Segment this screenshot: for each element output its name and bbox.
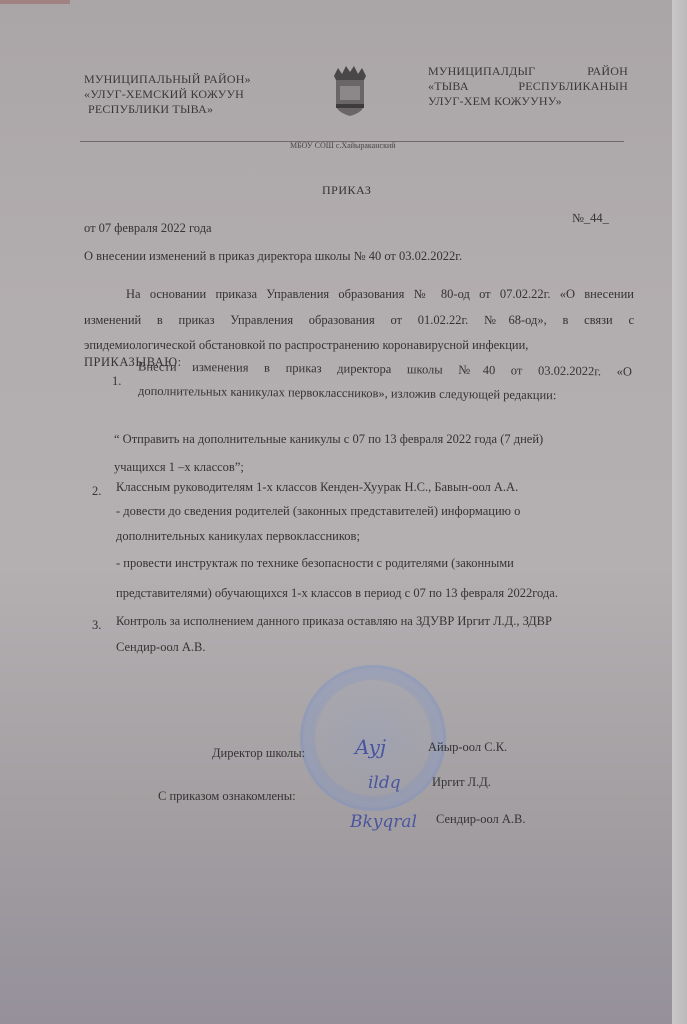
header-right: МУНИЦИПАЛДЫГ РАЙОН «ТЫВА РЕСПУБЛИКАНЫН У… — [428, 64, 628, 109]
quote-line: “ Отправить на дополнительные каникулы с… — [114, 432, 543, 447]
director-name: Айыр-оол С.К. — [428, 740, 507, 755]
item-line: дополнительных каникулах первоклассников… — [138, 384, 557, 403]
item-number: 3. — [92, 618, 101, 633]
item-line: Внести изменения в приказ директора школ… — [138, 359, 632, 379]
coat-of-arms-icon — [330, 64, 370, 118]
director-signature: Ayj — [355, 735, 386, 759]
item-line: Классным руководителям 1-х классов Кенде… — [116, 480, 518, 495]
header-right-line: «ТЫВА РЕСПУБЛИКАНЫН — [428, 79, 628, 94]
item-line: дополнительных каникулах первоклассников… — [116, 529, 360, 544]
header-left-line: «УЛУГ-ХЕМСКИЙ КОЖУУН — [84, 87, 251, 102]
acquainted-label: С приказом ознакомлены: — [158, 789, 296, 804]
acquainted-name: Сендир-оол А.В. — [436, 812, 526, 827]
item-number: 1. — [112, 374, 121, 389]
item-line: - довести до сведения родителей (законны… — [116, 504, 520, 519]
signature-irgit: ildq — [368, 773, 401, 793]
preamble-line: изменений в приказ Управления образовани… — [84, 313, 634, 328]
order-date: от 07 февраля 2022 года — [84, 221, 212, 236]
page-edge — [672, 0, 687, 1024]
header-left: МУНИЦИПАЛЬНЫЙ РАЙОН» «УЛУГ-ХЕМСКИЙ КОЖУУ… — [84, 72, 251, 117]
item-line: Контроль за исполнением данного приказа … — [116, 614, 552, 629]
document-page: МУНИЦИПАЛЬНЫЙ РАЙОН» «УЛУГ-ХЕМСКИЙ КОЖУУ… — [0, 0, 672, 1024]
item-line: - провести инструктаж по технике безопас… — [116, 556, 514, 571]
header-left-line: РЕСПУБЛИКИ ТЫВА» — [84, 102, 251, 117]
quote-line: учащихся 1 –х классов”; — [114, 460, 244, 475]
order-subject: О внесении изменений в приказ директора … — [84, 249, 462, 264]
item-number: 2. — [92, 484, 101, 499]
item-line: Сендир-оол А.В. — [116, 640, 206, 655]
preamble-line: эпидемиологической обстановкой по распро… — [84, 338, 528, 353]
header-left-line: МУНИЦИПАЛЬНЫЙ РАЙОН» — [84, 72, 251, 87]
background-edge — [0, 0, 70, 4]
school-name: МБОУ СОШ с.Хайыраканский — [290, 141, 396, 150]
item-line: представителями) обучающихся 1-х классов… — [116, 586, 558, 601]
order-number: №_44_ — [572, 211, 609, 226]
acquainted-name: Иргит Л.Д. — [432, 775, 491, 790]
document-title: ПРИКАЗ — [322, 183, 371, 198]
director-label: Директор школы: — [212, 746, 305, 761]
header-right-line: МУНИЦИПАЛДЫГ РАЙОН — [428, 64, 628, 79]
preamble-line: На основании приказа Управления образова… — [126, 287, 634, 302]
header-right-line: УЛУГ-ХЕМ КОЖУУНУ» — [428, 94, 628, 109]
signature-sendir: Bkyqral — [350, 812, 417, 832]
